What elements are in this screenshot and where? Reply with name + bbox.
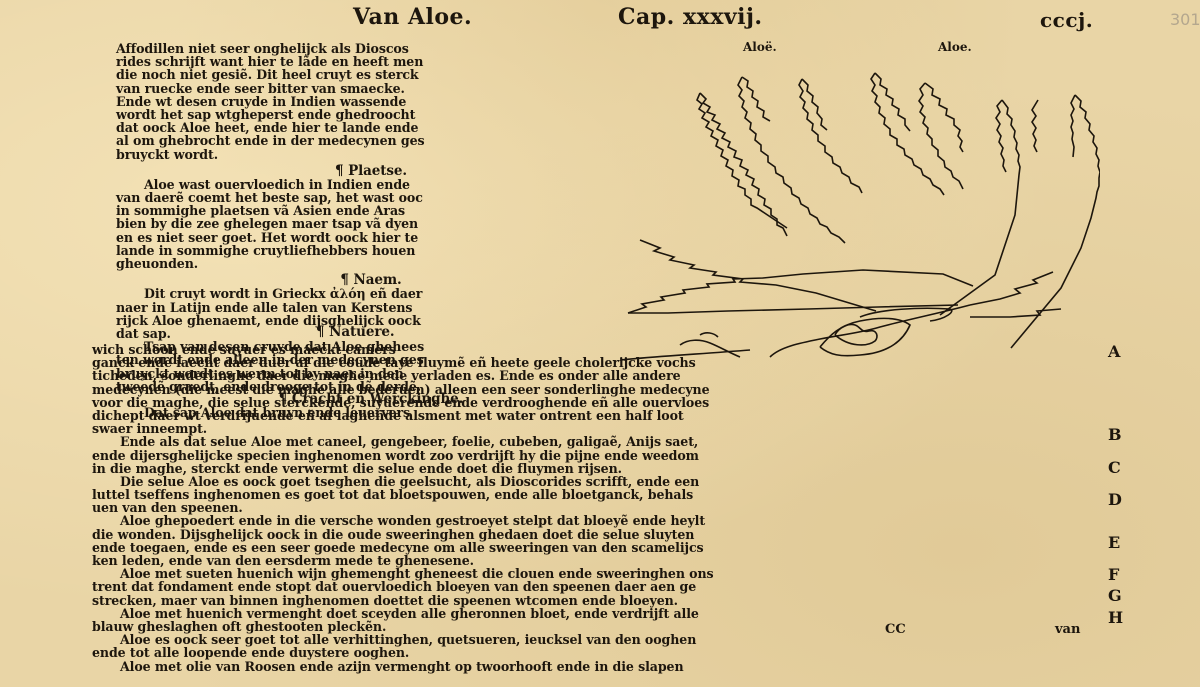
margin-letter-c: C <box>1108 458 1121 477</box>
text-line: trent dat fondament ende stopt dat ouerv… <box>92 580 1102 593</box>
text-body-full-width: wich schoon ende suyuer es maeckt camers… <box>92 343 1102 673</box>
margin-letter-h: H <box>1108 608 1123 627</box>
margin-letter-f: F <box>1108 565 1119 584</box>
text-line: gheuonden. <box>116 257 626 270</box>
text-line: ende dijersghelijcke specien inghenomen … <box>92 449 1102 462</box>
text-line: Ende als dat selue Aloe met caneel, geng… <box>92 435 1102 448</box>
text-line: ende tot alle loopende ende duystere oog… <box>92 646 1102 659</box>
running-title: Van Aloe. <box>353 4 472 30</box>
text-line: Ende wt desen cruyde in Indien wassende <box>116 95 626 108</box>
text-line: Aloe met huenich vermenght doet sceyden … <box>92 607 1102 620</box>
illustration-caption-left: Aloë. <box>743 40 777 54</box>
catchword: van <box>1055 622 1080 637</box>
text-line: al om ghebrocht ende in der medecynen ge… <box>116 134 626 147</box>
text-line: Aloe ghepoedert ende in die versche wond… <box>92 514 1102 527</box>
margin-letter-b: B <box>1108 425 1122 444</box>
margin-letter-g: G <box>1108 586 1122 605</box>
text-line: en es niet seer goet. Het wordt oock hie… <box>116 231 626 244</box>
text-line: ticheden, sonderlinghe daer die maghe me… <box>92 369 1102 382</box>
pencil-page-number: 301 <box>1170 10 1200 29</box>
illustration-caption-right: Aloe. <box>938 40 972 54</box>
folio-number: cccj. <box>1040 8 1093 32</box>
margin-letter-d: D <box>1108 490 1122 509</box>
text-line: die noch niet gesiẽ. Dit heel cruyt es s… <box>116 68 626 81</box>
text-line: die wonden. Dijsghelijck oock in die oud… <box>92 528 1102 541</box>
section-heading-plaetse: ¶ Plaetse. <box>116 165 626 178</box>
text-line: bruyckt wordt. <box>116 148 626 161</box>
text-line: strecken, maer van binnen inghenomen doe… <box>92 594 1102 607</box>
text-line: naer in Latijn ende alle talen van Kerst… <box>116 301 626 314</box>
text-line: Dit cruyt wordt in Grieckx ἀλόη eñ daer <box>116 287 626 300</box>
margin-letter-a: A <box>1108 342 1120 361</box>
text-line: luttel tseffens inghenomen es goet tot d… <box>92 488 1102 501</box>
text-line: Aloe met olie van Roosen ende azijn verm… <box>92 660 1102 673</box>
aloe-woodcut-illustration <box>620 55 1100 365</box>
text-line: van ruecke ende seer bitter van smaecke. <box>116 82 626 95</box>
text-line: bien by die zee ghelegen maer tsap vã dy… <box>116 217 626 230</box>
margin-letter-e: E <box>1108 533 1120 552</box>
text-line: dat sap. ¶ Natuere. <box>116 327 626 340</box>
text-line: in die maghe, sterckt ende verwermt die … <box>92 462 1102 475</box>
signature-mark: CC <box>885 622 906 637</box>
book-page: Van Aloe. Cap. xxxvij. cccj. 301 Aloë. A… <box>0 0 1200 687</box>
chapter-number: Cap. xxxvij. <box>618 4 763 30</box>
text-line: dichept daer wt verdrijuende eñ af iaghe… <box>92 409 1102 422</box>
section-heading-natuere: ¶ Natuere. <box>316 326 394 339</box>
text-line: dat sap. <box>116 326 171 341</box>
text-line: medecynen (die meest die maghe alle bede… <box>92 383 1102 396</box>
text-line: voor die maghe, die selue sterckende, su… <box>92 396 1102 409</box>
